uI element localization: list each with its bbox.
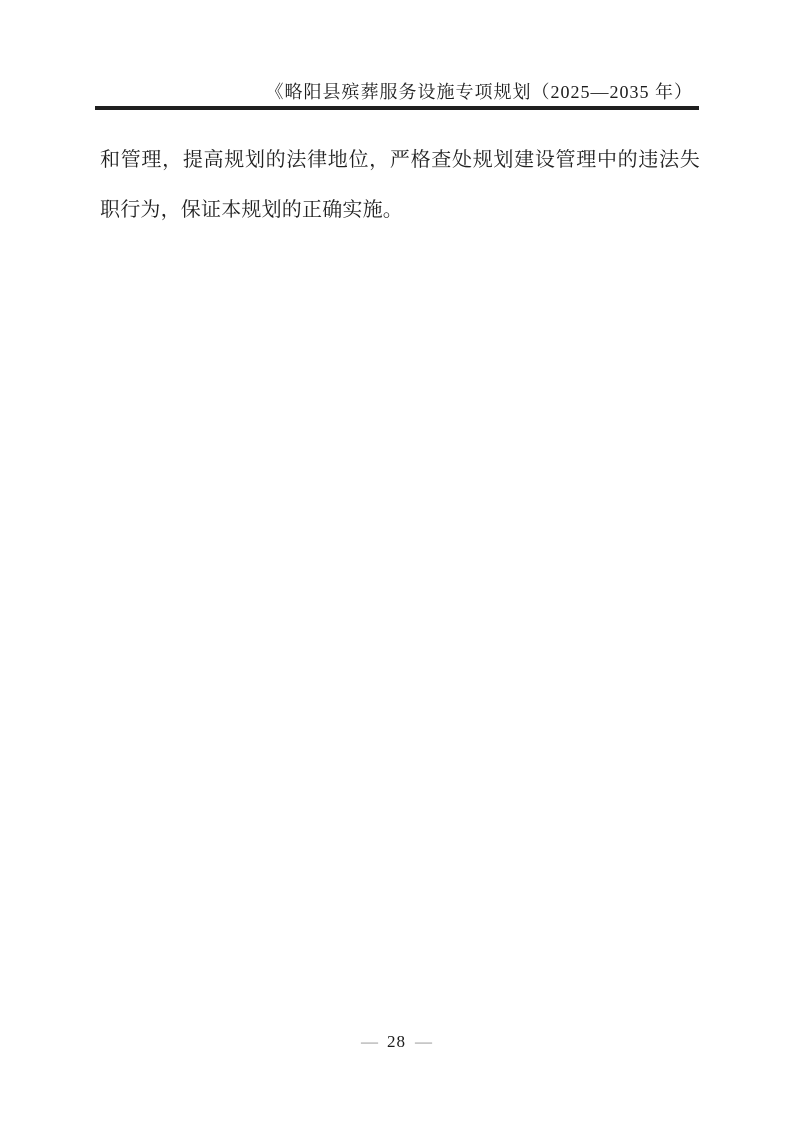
page-footer: —28— — [0, 1030, 793, 1054]
footer-dash-right: — — [406, 1032, 441, 1051]
header-double-rule — [95, 106, 699, 110]
paragraph-line-2: 职行为，保证本规划的正确实施。 — [100, 185, 700, 235]
document-page: 《略阳县殡葬服务设施专项规划（2025—2035 年） 和管理，提高规划的法律地… — [0, 0, 793, 1122]
footer-page-number: 28 — [387, 1032, 406, 1051]
footer-dash-left: — — [352, 1032, 387, 1051]
paragraph-line-1: 和管理，提高规划的法律地位，严格查处规划建设管理中的违法失 — [100, 135, 700, 185]
header-title: 《略阳县殡葬服务设施专项规划（2025—2035 年） — [95, 79, 699, 106]
body-paragraph: 和管理，提高规划的法律地位，严格查处规划建设管理中的违法失 职行为，保证本规划的… — [100, 135, 700, 235]
